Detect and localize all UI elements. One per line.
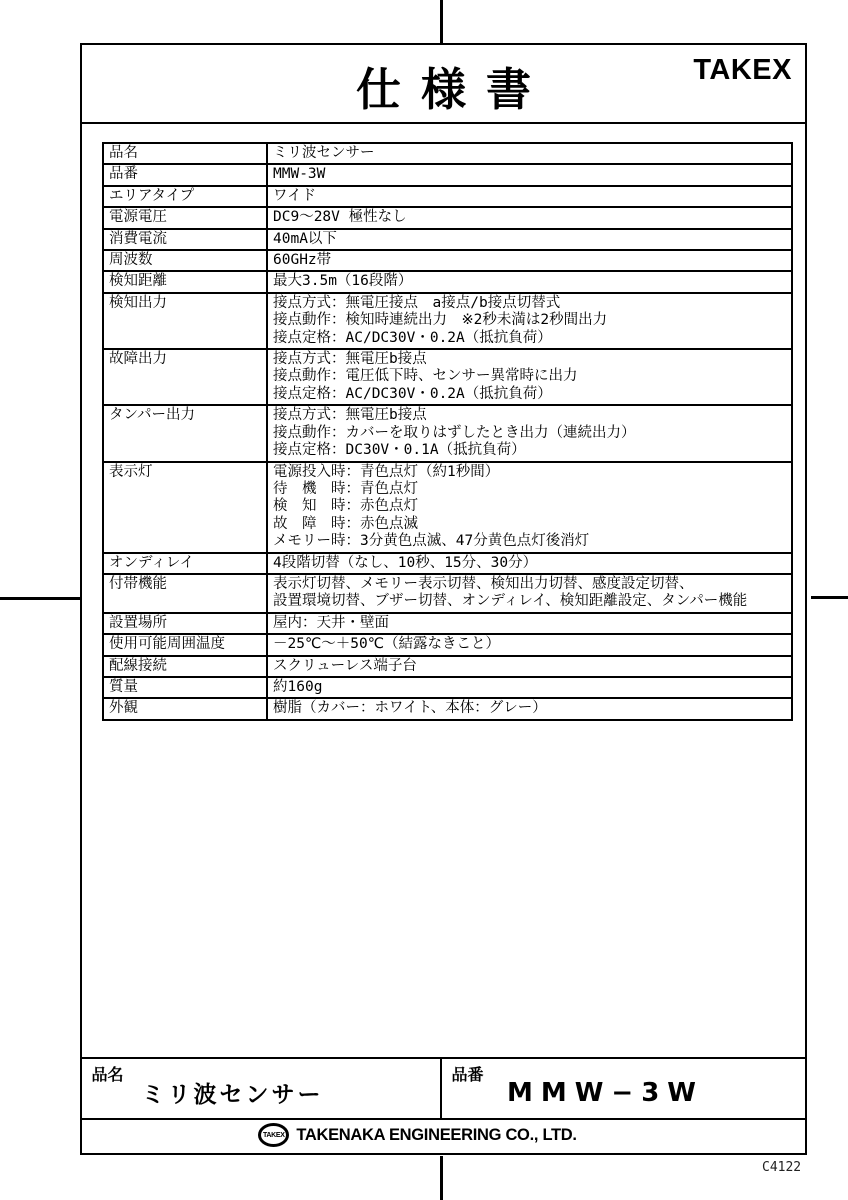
spec-row-value: 4段階切替（なし、10秒、15分、30分） <box>267 553 792 574</box>
spec-value-line: スクリューレス端子台 <box>273 658 786 675</box>
spec-row-label: 表示灯 <box>103 462 267 553</box>
crop-mark-top <box>440 0 443 44</box>
spec-row: 検知距離最大3.5m（16段階） <box>103 271 792 292</box>
spec-value-line: MMW-3W <box>273 166 786 183</box>
spec-row-value: 接点方式：無電圧b接点接点動作：電圧低下時、センサー異常時に出力接点定格：AC/… <box>267 349 792 405</box>
spec-row: 設置場所屋内：天井・壁面 <box>103 613 792 634</box>
spec-value-line: ワイド <box>273 188 786 205</box>
spec-value-line: 接点方式：無電圧b接点 <box>273 351 786 368</box>
spec-row-value: 樹脂（カバー：ホワイト、本体：グレー） <box>267 698 792 719</box>
spec-value-line: メモリー時：3分黄色点滅、47分黄色点灯後消灯 <box>273 533 786 550</box>
spec-row-value: ワイド <box>267 186 792 207</box>
spec-table: 品名ミリ波センサー品番MMW-3Wエリアタイプワイド電源電圧DC9～28V 極性… <box>102 142 793 721</box>
spec-value-line: 電源投入時：青色点灯（約1秒間） <box>273 464 786 481</box>
spec-row-label: 質量 <box>103 677 267 698</box>
spec-value-line: 樹脂（カバー：ホワイト、本体：グレー） <box>273 700 786 717</box>
spec-row-label: 外観 <box>103 698 267 719</box>
spec-row-label: 検知出力 <box>103 293 267 349</box>
spec-value-line: 接点方式：無電圧b接点 <box>273 407 786 424</box>
spec-value-line: 接点動作：検知時連続出力 ※2秒未満は2秒間出力 <box>273 312 786 329</box>
spec-value-line: ミリ波センサー <box>273 145 786 162</box>
company-footer: TAKEX TAKENAKA ENGINEERING CO., LTD. <box>82 1120 805 1150</box>
spec-row-value: －25℃～＋50℃（結露なきこと） <box>267 634 792 655</box>
spec-row-label: 電源電圧 <box>103 207 267 228</box>
spec-row-value: ミリ波センサー <box>267 143 792 164</box>
crop-mark-right <box>811 596 848 599</box>
spec-row-label: 設置場所 <box>103 613 267 634</box>
spec-row-value: 接点方式：無電圧b接点接点動作：カバーを取りはずしたとき出力（連続出力）接点定格… <box>267 405 792 461</box>
product-name-value: ミリ波センサー <box>54 1059 412 1118</box>
spec-row-value: スクリューレス端子台 <box>267 656 792 677</box>
spec-row-label: 周波数 <box>103 250 267 271</box>
company-name: TAKENAKA ENGINEERING CO., LTD. <box>296 1126 576 1145</box>
part-number-value: MMW−3W <box>424 1059 788 1118</box>
spec-value-line: 待 機 時：青色点灯 <box>273 481 786 498</box>
spec-row: オンディレイ4段階切替（なし、10秒、15分、30分） <box>103 553 792 574</box>
spec-row: 表示灯電源投入時：青色点灯（約1秒間）待 機 時：青色点灯検 知 時：赤色点灯故… <box>103 462 792 553</box>
spec-row-label: 故障出力 <box>103 349 267 405</box>
spec-row-value: 接点方式：無電圧接点 a接点/b接点切替式接点動作：検知時連続出力 ※2秒未満は… <box>267 293 792 349</box>
product-summary-row: 品名 ミリ波センサー 品番 MMW−3W <box>82 1057 806 1120</box>
spec-row: 外観樹脂（カバー：ホワイト、本体：グレー） <box>103 698 792 719</box>
spec-row-label: 配線接続 <box>103 656 267 677</box>
part-number-box: 品番 MMW−3W <box>442 1059 806 1118</box>
spec-value-line: 屋内：天井・壁面 <box>273 615 786 632</box>
spec-row-label: 検知距離 <box>103 271 267 292</box>
spec-row-label: オンディレイ <box>103 553 267 574</box>
spec-row-value: 電源投入時：青色点灯（約1秒間）待 機 時：青色点灯検 知 時：赤色点灯故 障 … <box>267 462 792 553</box>
spec-value-line: 故 障 時：赤色点滅 <box>273 516 786 533</box>
spec-table-body: 品名ミリ波センサー品番MMW-3Wエリアタイプワイド電源電圧DC9～28V 極性… <box>103 143 792 720</box>
spec-value-line: 接点定格：DC30V・0.1A（抵抗負荷） <box>273 442 786 459</box>
spec-value-line: 検 知 時：赤色点灯 <box>273 498 786 515</box>
spec-row: 品番MMW-3W <box>103 164 792 185</box>
spec-value-line: 接点動作：電圧低下時、センサー異常時に出力 <box>273 368 786 385</box>
spec-row-value: 60GHz帯 <box>267 250 792 271</box>
crop-mark-bottom <box>440 1156 443 1200</box>
takex-circle-logo-icon: TAKEX <box>258 1123 289 1147</box>
spec-row-label: 付帯機能 <box>103 574 267 613</box>
spec-value-line: 4段階切替（なし、10秒、15分、30分） <box>273 555 786 572</box>
spec-row: 故障出力接点方式：無電圧b接点接点動作：電圧低下時、センサー異常時に出力接点定格… <box>103 349 792 405</box>
document-header: 仕様書 TAKEX <box>82 45 805 124</box>
spec-row: 検知出力接点方式：無電圧接点 a接点/b接点切替式接点動作：検知時連続出力 ※2… <box>103 293 792 349</box>
spec-sheet-page: 仕様書 TAKEX 品名ミリ波センサー品番MMW-3Wエリアタイプワイド電源電圧… <box>0 0 848 1200</box>
spec-row: 付帯機能表示灯切替、メモリー表示切替、検知出力切替、感度設定切替、設置環境切替、… <box>103 574 792 613</box>
document-number: C4122 <box>762 1160 801 1175</box>
spec-value-line: 60GHz帯 <box>273 252 786 269</box>
spec-row-label: 消費電流 <box>103 229 267 250</box>
takex-logo: TAKEX <box>693 54 792 87</box>
document-frame: 仕様書 TAKEX 品名ミリ波センサー品番MMW-3Wエリアタイプワイド電源電圧… <box>80 43 807 1155</box>
spec-row-label: 品番 <box>103 164 267 185</box>
spec-row-value: MMW-3W <box>267 164 792 185</box>
spec-row-value: 屋内：天井・壁面 <box>267 613 792 634</box>
spec-row: タンパー出力接点方式：無電圧b接点接点動作：カバーを取りはずしたとき出力（連続出… <box>103 405 792 461</box>
spec-row: 配線接続スクリューレス端子台 <box>103 656 792 677</box>
spec-row-label: 使用可能周囲温度 <box>103 634 267 655</box>
crop-mark-left <box>0 597 80 600</box>
spec-value-line: 接点動作：カバーを取りはずしたとき出力（連続出力） <box>273 425 786 442</box>
spec-row: 品名ミリ波センサー <box>103 143 792 164</box>
spec-row-value: 40mA以下 <box>267 229 792 250</box>
spec-row-value: 約160g <box>267 677 792 698</box>
spec-row-value: 表示灯切替、メモリー表示切替、検知出力切替、感度設定切替、設置環境切替、ブザー切… <box>267 574 792 613</box>
spec-row: 周波数60GHz帯 <box>103 250 792 271</box>
spec-value-line: 40mA以下 <box>273 231 786 248</box>
spec-value-line: 表示灯切替、メモリー表示切替、検知出力切替、感度設定切替、 <box>273 576 786 593</box>
spec-value-line: 接点定格：AC/DC30V・0.2A（抵抗負荷） <box>273 386 786 403</box>
spec-value-line: 接点方式：無電圧接点 a接点/b接点切替式 <box>273 295 786 312</box>
page-title: 仕様書 <box>356 49 551 118</box>
spec-value-line: 約160g <box>273 679 786 696</box>
spec-row-label: エリアタイプ <box>103 186 267 207</box>
spec-row: 質量約160g <box>103 677 792 698</box>
spec-row-value: 最大3.5m（16段階） <box>267 271 792 292</box>
product-name-box: 品名 ミリ波センサー <box>82 1059 442 1118</box>
spec-row: 消費電流40mA以下 <box>103 229 792 250</box>
spec-value-line: 最大3.5m（16段階） <box>273 273 786 290</box>
spec-value-line: 接点定格：AC/DC30V・0.2A（抵抗負荷） <box>273 330 786 347</box>
spec-row-value: DC9～28V 極性なし <box>267 207 792 228</box>
spec-row-label: タンパー出力 <box>103 405 267 461</box>
spec-row: 使用可能周囲温度－25℃～＋50℃（結露なきこと） <box>103 634 792 655</box>
spec-value-line: 設置環境切替、ブザー切替、オンディレイ、検知距離設定、タンパー機能 <box>273 593 786 610</box>
company-footer-inner: TAKEX TAKENAKA ENGINEERING CO., LTD. <box>258 1123 576 1147</box>
spec-value-line: －25℃～＋50℃（結露なきこと） <box>273 636 786 653</box>
spec-row: 電源電圧DC9～28V 極性なし <box>103 207 792 228</box>
spec-value-line: DC9～28V 極性なし <box>273 209 786 226</box>
spec-row: エリアタイプワイド <box>103 186 792 207</box>
spec-row-label: 品名 <box>103 143 267 164</box>
